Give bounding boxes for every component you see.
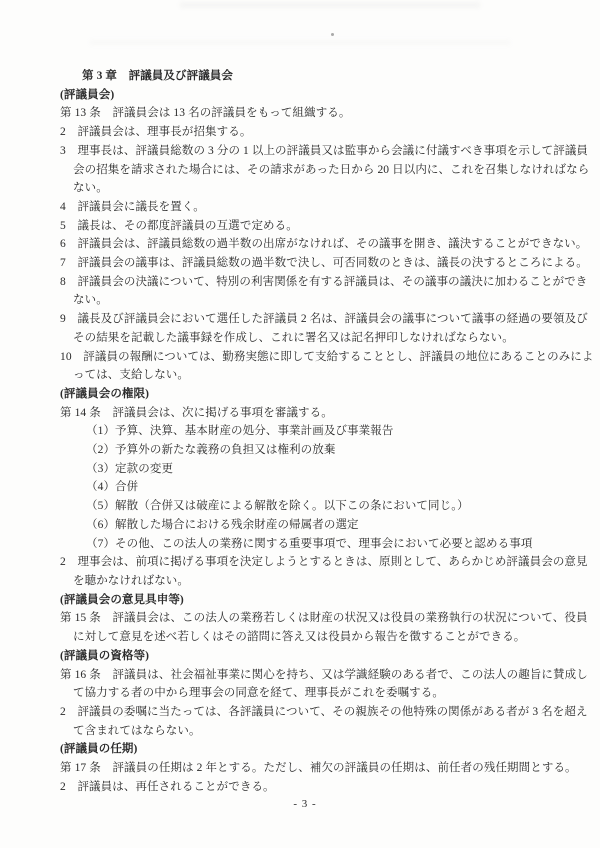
document-line-body: 7 評議員会の議事は、評議員総数の過半数で決し、可否同数のときは、議長の決すると…: [60, 254, 550, 273]
document-line-body: 9 議長及び評議員会において選任した評議員 2 名は、評議員会の議事について議事…: [60, 310, 550, 329]
document-line-body: 4 評議員会に議長を置く。: [60, 198, 550, 217]
document-line-body: 第 15 条 評議員会は、この法人の業務若しくは財産の状況又は役員の業務執行の状…: [60, 609, 550, 628]
document-line-cont: ない。: [60, 291, 550, 310]
document-line-cont: て含まれてはならない。: [60, 722, 550, 741]
document-line-cont: 会の招集を請求された場合には、その請求があった日から 20 日以内に、これを召集…: [60, 161, 550, 180]
document-line-body: 6 評議員会は、評議員総数の過半数の出席がなければ、その議事を開き、議決すること…: [60, 235, 550, 254]
scan-artifact: [90, 40, 510, 45]
document-line-section: (評議員会): [60, 86, 550, 105]
document-line-item: （7）その他、この法人の業務に関する重要事項で、理事会において必要と認める事項: [60, 535, 550, 554]
page-number: - 3 -: [293, 798, 316, 810]
scan-artifact: [180, 2, 480, 8]
document-line-section: (評議員会の権限): [60, 385, 550, 404]
document-line-body: 第 13 条 評議員会は 13 名の評議員をもって組織する。: [60, 104, 550, 123]
document-line-item: （4）合併: [60, 478, 550, 497]
document-line-cont: その結果を記載した議事録を作成し、これに署名又は記名押印しなければならない。: [60, 329, 550, 348]
document-line-body: 2 評議員は、再任されることができる。: [60, 778, 550, 797]
document-line-section: (評議員の任期): [60, 740, 550, 759]
document-line-body: 3 理事長は、評議員総数の 3 分の 1 以上の評議員又は監事から会議に付議すべ…: [60, 142, 550, 161]
document-line-item: （1）予算、決算、基本財産の処分、事業計画及び事業報告: [60, 422, 550, 441]
document-lines: 第 3 章 評議員及び評議員会(評議員会)第 13 条 評議員会は 13 名の評…: [60, 67, 550, 796]
document-line-cont: を聴かなければない。: [60, 572, 550, 591]
document-line-section: (評議員会の意見具申等): [60, 591, 550, 610]
document-line-body: 8 評議員会の決議について、特別の利害関係を有する評議員は、その議事の議決に加わ…: [60, 273, 550, 292]
document-line-body: 2 理事会は、前項に掲げる事項を決定しようとするときは、原則として、あらかじめ評…: [60, 553, 550, 572]
document-line-item: （5）解散（合併又は破産による解散を除く。以下この条において同じ。）: [60, 497, 550, 516]
document-line-cont: ない。: [60, 179, 550, 198]
document-line-cont: っては、支給しない。: [60, 366, 550, 385]
scan-artifact: [331, 33, 334, 36]
document-line-cont: て協力する者の中から理事会の同意を経て、理事長がこれを委嘱する。: [60, 684, 550, 703]
document-line-body: 2 評議員の委嘱に当たっては、各評議員について、その親族その他特殊の関係がある者…: [60, 703, 550, 722]
document-line-body: 第 14 条 評議員会は、次に掲げる事項を審議する。: [60, 404, 550, 423]
document-line-item: （3）定款の変更: [60, 460, 550, 479]
document-line-body: 第 16 条 評議員は、社会福祉事業に関心を持ち、又は学識経験のある者で、この法…: [60, 666, 550, 685]
document-line-body: 2 評議員会は、理事長が招集する。: [60, 123, 550, 142]
document-page: 第 3 章 評議員及び評議員会(評議員会)第 13 条 評議員会は 13 名の評…: [0, 0, 600, 848]
document-line-body: 5 議長は、その都度評議員の互選で定める。: [60, 217, 550, 236]
document-line-item: （2）予算外の新たな義務の負担又は権利の放棄: [60, 441, 550, 460]
page-footer: - 3 -: [60, 797, 550, 811]
document-line-chapter: 第 3 章 評議員及び評議員会: [60, 67, 550, 86]
document-body: 第 3 章 評議員及び評議員会(評議員会)第 13 条 評議員会は 13 名の評…: [60, 67, 550, 811]
document-line-body: 第 17 条 評議員の任期は 2 年とする。ただし、補欠の評議員の任期は、前任者…: [60, 759, 550, 778]
document-line-body: 10 評議員の報酬については、勤務実態に即して支給することとし、評議員の地位にあ…: [60, 348, 550, 367]
document-line-cont: に対して意見を述べ若しくはその諮問に答え又は役員から報告を徴することができる。: [60, 628, 550, 647]
document-line-section: (評議員の資格等): [60, 647, 550, 666]
document-line-item: （6）解散した場合における残余財産の帰属者の選定: [60, 516, 550, 535]
